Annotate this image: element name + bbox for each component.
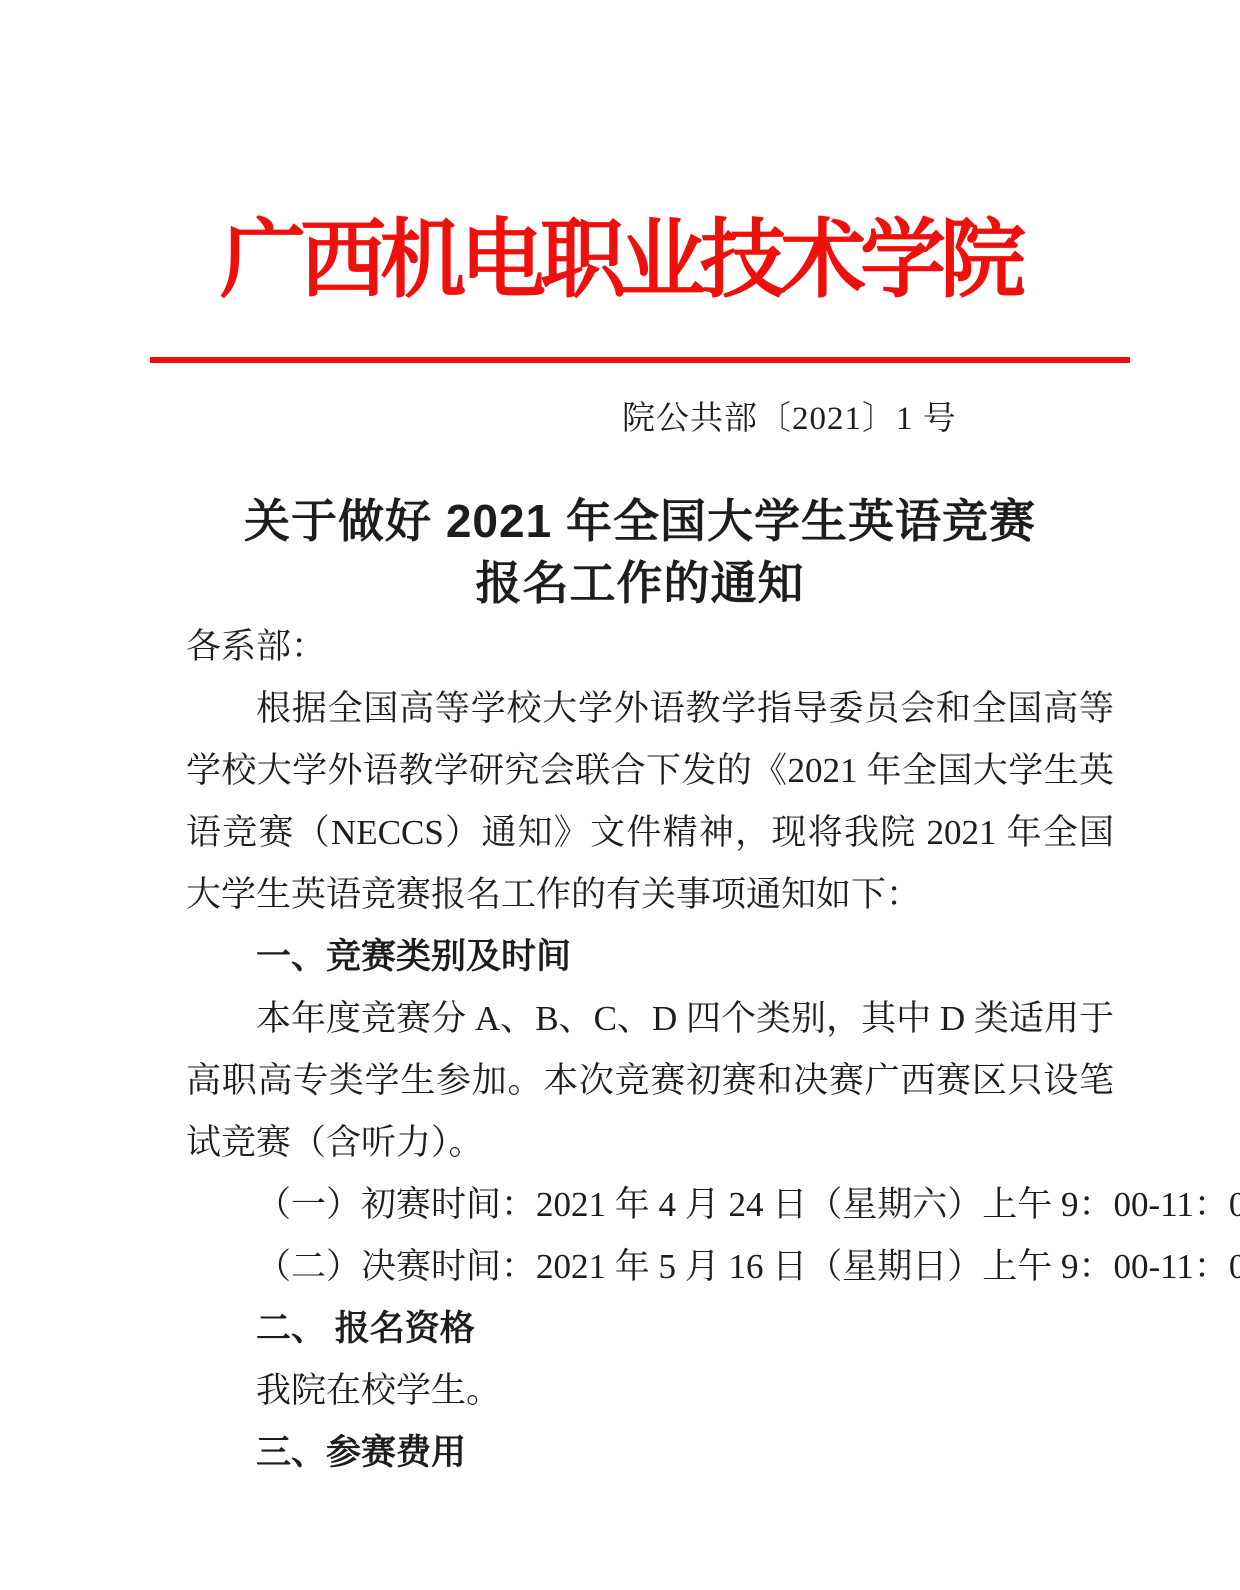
section-2-paragraph: 我院在校学生。 — [186, 1360, 1114, 1422]
section-3-heading: 三、参赛费用 — [186, 1422, 1114, 1484]
section-1-item-1: （一）初赛时间：2021 年 4 月 24 日（星期六）上午 9：00-11：0… — [186, 1174, 1114, 1236]
document-number: 院公共部〔2021〕1 号 — [622, 392, 957, 439]
section-1-item-2: （二）决赛时间：2021 年 5 月 16 日（星期日）上午 9：00-11：0… — [186, 1236, 1114, 1298]
salutation: 各系部： — [186, 616, 1114, 678]
letterhead-org-name: 广西机电职业技术学院 — [120, 202, 1120, 318]
red-divider-rule — [150, 357, 1130, 363]
document-page: 广西机电职业技术学院 院公共部〔2021〕1 号 关于做好 2021 年全国大学… — [0, 0, 1240, 1590]
notice-title-line-2: 报名工作的通知 — [150, 552, 1130, 614]
notice-title: 关于做好 2021 年全国大学生英语竞赛 报名工作的通知 — [150, 490, 1130, 614]
notice-body: 各系部： 根据全国高等学校大学外语教学指导委员会和全国高等学校大学外语教学研究会… — [186, 616, 1114, 1484]
notice-title-line-1: 关于做好 2021 年全国大学生英语竞赛 — [150, 490, 1130, 552]
section-1-heading: 一、竞赛类别及时间 — [186, 926, 1114, 988]
intro-paragraph: 根据全国高等学校大学外语教学指导委员会和全国高等学校大学外语教学研究会联合下发的… — [186, 678, 1114, 926]
section-1-paragraph: 本年度竞赛分 A、B、C、D 四个类别，其中 D 类适用于高职高专类学生参加。本… — [186, 988, 1114, 1174]
section-2-heading: 二、 报名资格 — [186, 1298, 1114, 1360]
